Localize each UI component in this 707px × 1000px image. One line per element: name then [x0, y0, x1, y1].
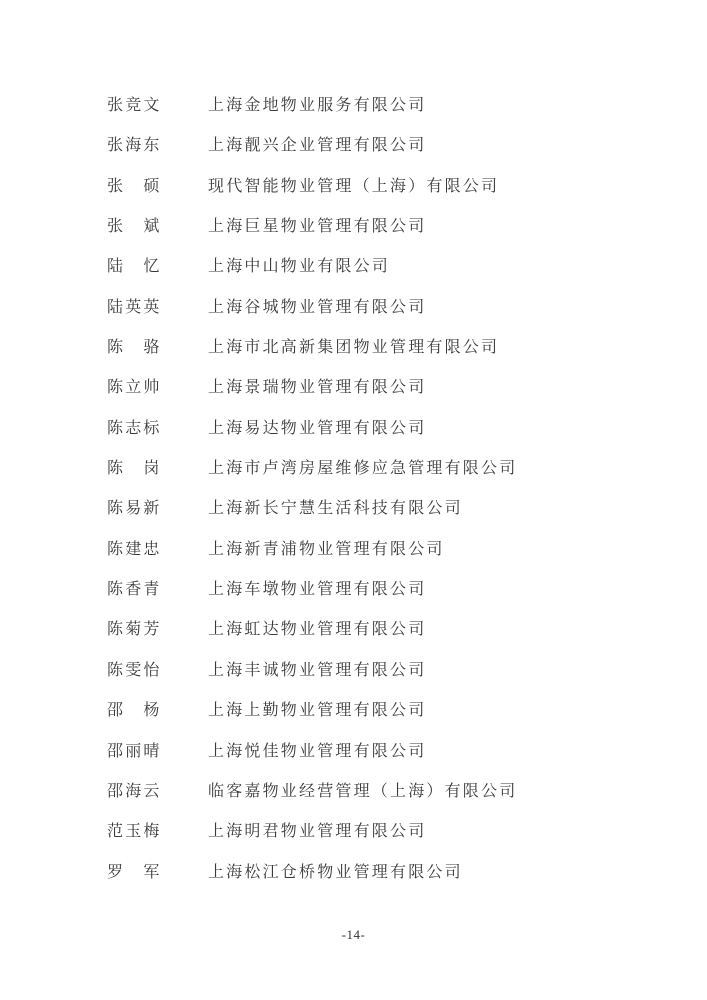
roster-row: 陈 骆 上海市北高新集团物业管理有限公司 [107, 338, 667, 378]
company-name: 上海易达物业管理有限公司 [208, 419, 667, 439]
roster-row: 邵丽晴 上海悦佳物业管理有限公司 [107, 742, 667, 782]
person-name: 邵丽晴 [107, 742, 208, 762]
company-name: 上海上勤物业管理有限公司 [208, 701, 667, 721]
roster-row: 陈菊芳 上海虹达物业管理有限公司 [107, 620, 667, 660]
person-name: 陈建忠 [107, 540, 208, 560]
roster-row: 陈建忠 上海新青浦物业管理有限公司 [107, 540, 667, 580]
roster-row: 陈雯怡 上海丰诚物业管理有限公司 [107, 661, 667, 701]
person-name: 陈 骆 [107, 338, 208, 358]
company-name: 上海明君物业管理有限公司 [208, 822, 667, 842]
company-name: 上海虹达物业管理有限公司 [208, 620, 667, 640]
company-name: 上海巨星物业管理有限公司 [208, 217, 667, 237]
company-name: 上海松江仓桥物业管理有限公司 [208, 863, 667, 883]
person-name: 陆 忆 [107, 257, 208, 277]
person-name: 陈 岗 [107, 459, 208, 479]
company-name: 上海悦佳物业管理有限公司 [208, 742, 667, 762]
company-name: 上海新长宁慧生活科技有限公司 [208, 499, 667, 519]
roster-list: 张竞文 上海金地物业服务有限公司 张海东 上海靓兴企业管理有限公司 张 硕 现代… [107, 96, 667, 903]
person-name: 陈志标 [107, 419, 208, 439]
person-name: 陈菊芳 [107, 620, 208, 640]
company-name: 上海中山物业有限公司 [208, 257, 667, 277]
company-name: 上海景瑞物业管理有限公司 [208, 378, 667, 398]
person-name: 罗 军 [107, 863, 208, 883]
person-name: 陈立帅 [107, 378, 208, 398]
roster-row: 陈易新 上海新长宁慧生活科技有限公司 [107, 499, 667, 539]
page-number: -14- [0, 927, 707, 943]
person-name: 张竞文 [107, 96, 208, 116]
company-name: 上海丰诚物业管理有限公司 [208, 661, 667, 681]
document-page: 张竞文 上海金地物业服务有限公司 张海东 上海靓兴企业管理有限公司 张 硕 现代… [0, 0, 707, 1000]
person-name: 张海东 [107, 136, 208, 156]
person-name: 邵 杨 [107, 701, 208, 721]
roster-row: 罗 军 上海松江仓桥物业管理有限公司 [107, 863, 667, 903]
person-name: 张 硕 [107, 177, 208, 197]
company-name: 上海新青浦物业管理有限公司 [208, 540, 667, 560]
person-name: 陈雯怡 [107, 661, 208, 681]
roster-row: 邵 杨 上海上勤物业管理有限公司 [107, 701, 667, 741]
roster-row: 张竞文 上海金地物业服务有限公司 [107, 96, 667, 136]
person-name: 邵海云 [107, 782, 208, 802]
roster-row: 陆英英 上海谷城物业管理有限公司 [107, 298, 667, 338]
company-name: 上海市北高新集团物业管理有限公司 [208, 338, 667, 358]
roster-row: 张海东 上海靓兴企业管理有限公司 [107, 136, 667, 176]
company-name: 上海靓兴企业管理有限公司 [208, 136, 667, 156]
company-name: 临客嘉物业经营管理（上海）有限公司 [208, 782, 667, 802]
roster-row: 陈立帅 上海景瑞物业管理有限公司 [107, 378, 667, 418]
person-name: 范玉梅 [107, 822, 208, 842]
person-name: 陆英英 [107, 298, 208, 318]
roster-row: 张 硕 现代智能物业管理（上海）有限公司 [107, 177, 667, 217]
person-name: 张 斌 [107, 217, 208, 237]
roster-row: 张 斌 上海巨星物业管理有限公司 [107, 217, 667, 257]
roster-row: 陆 忆 上海中山物业有限公司 [107, 257, 667, 297]
roster-row: 范玉梅 上海明君物业管理有限公司 [107, 822, 667, 862]
roster-row: 陈香青 上海车墩物业管理有限公司 [107, 580, 667, 620]
company-name: 上海金地物业服务有限公司 [208, 96, 667, 116]
person-name: 陈易新 [107, 499, 208, 519]
roster-row: 邵海云 临客嘉物业经营管理（上海）有限公司 [107, 782, 667, 822]
company-name: 上海谷城物业管理有限公司 [208, 298, 667, 318]
company-name: 上海市卢湾房屋维修应急管理有限公司 [208, 459, 667, 479]
company-name: 现代智能物业管理（上海）有限公司 [208, 177, 667, 197]
company-name: 上海车墩物业管理有限公司 [208, 580, 667, 600]
roster-row: 陈 岗 上海市卢湾房屋维修应急管理有限公司 [107, 459, 667, 499]
roster-row: 陈志标 上海易达物业管理有限公司 [107, 419, 667, 459]
person-name: 陈香青 [107, 580, 208, 600]
